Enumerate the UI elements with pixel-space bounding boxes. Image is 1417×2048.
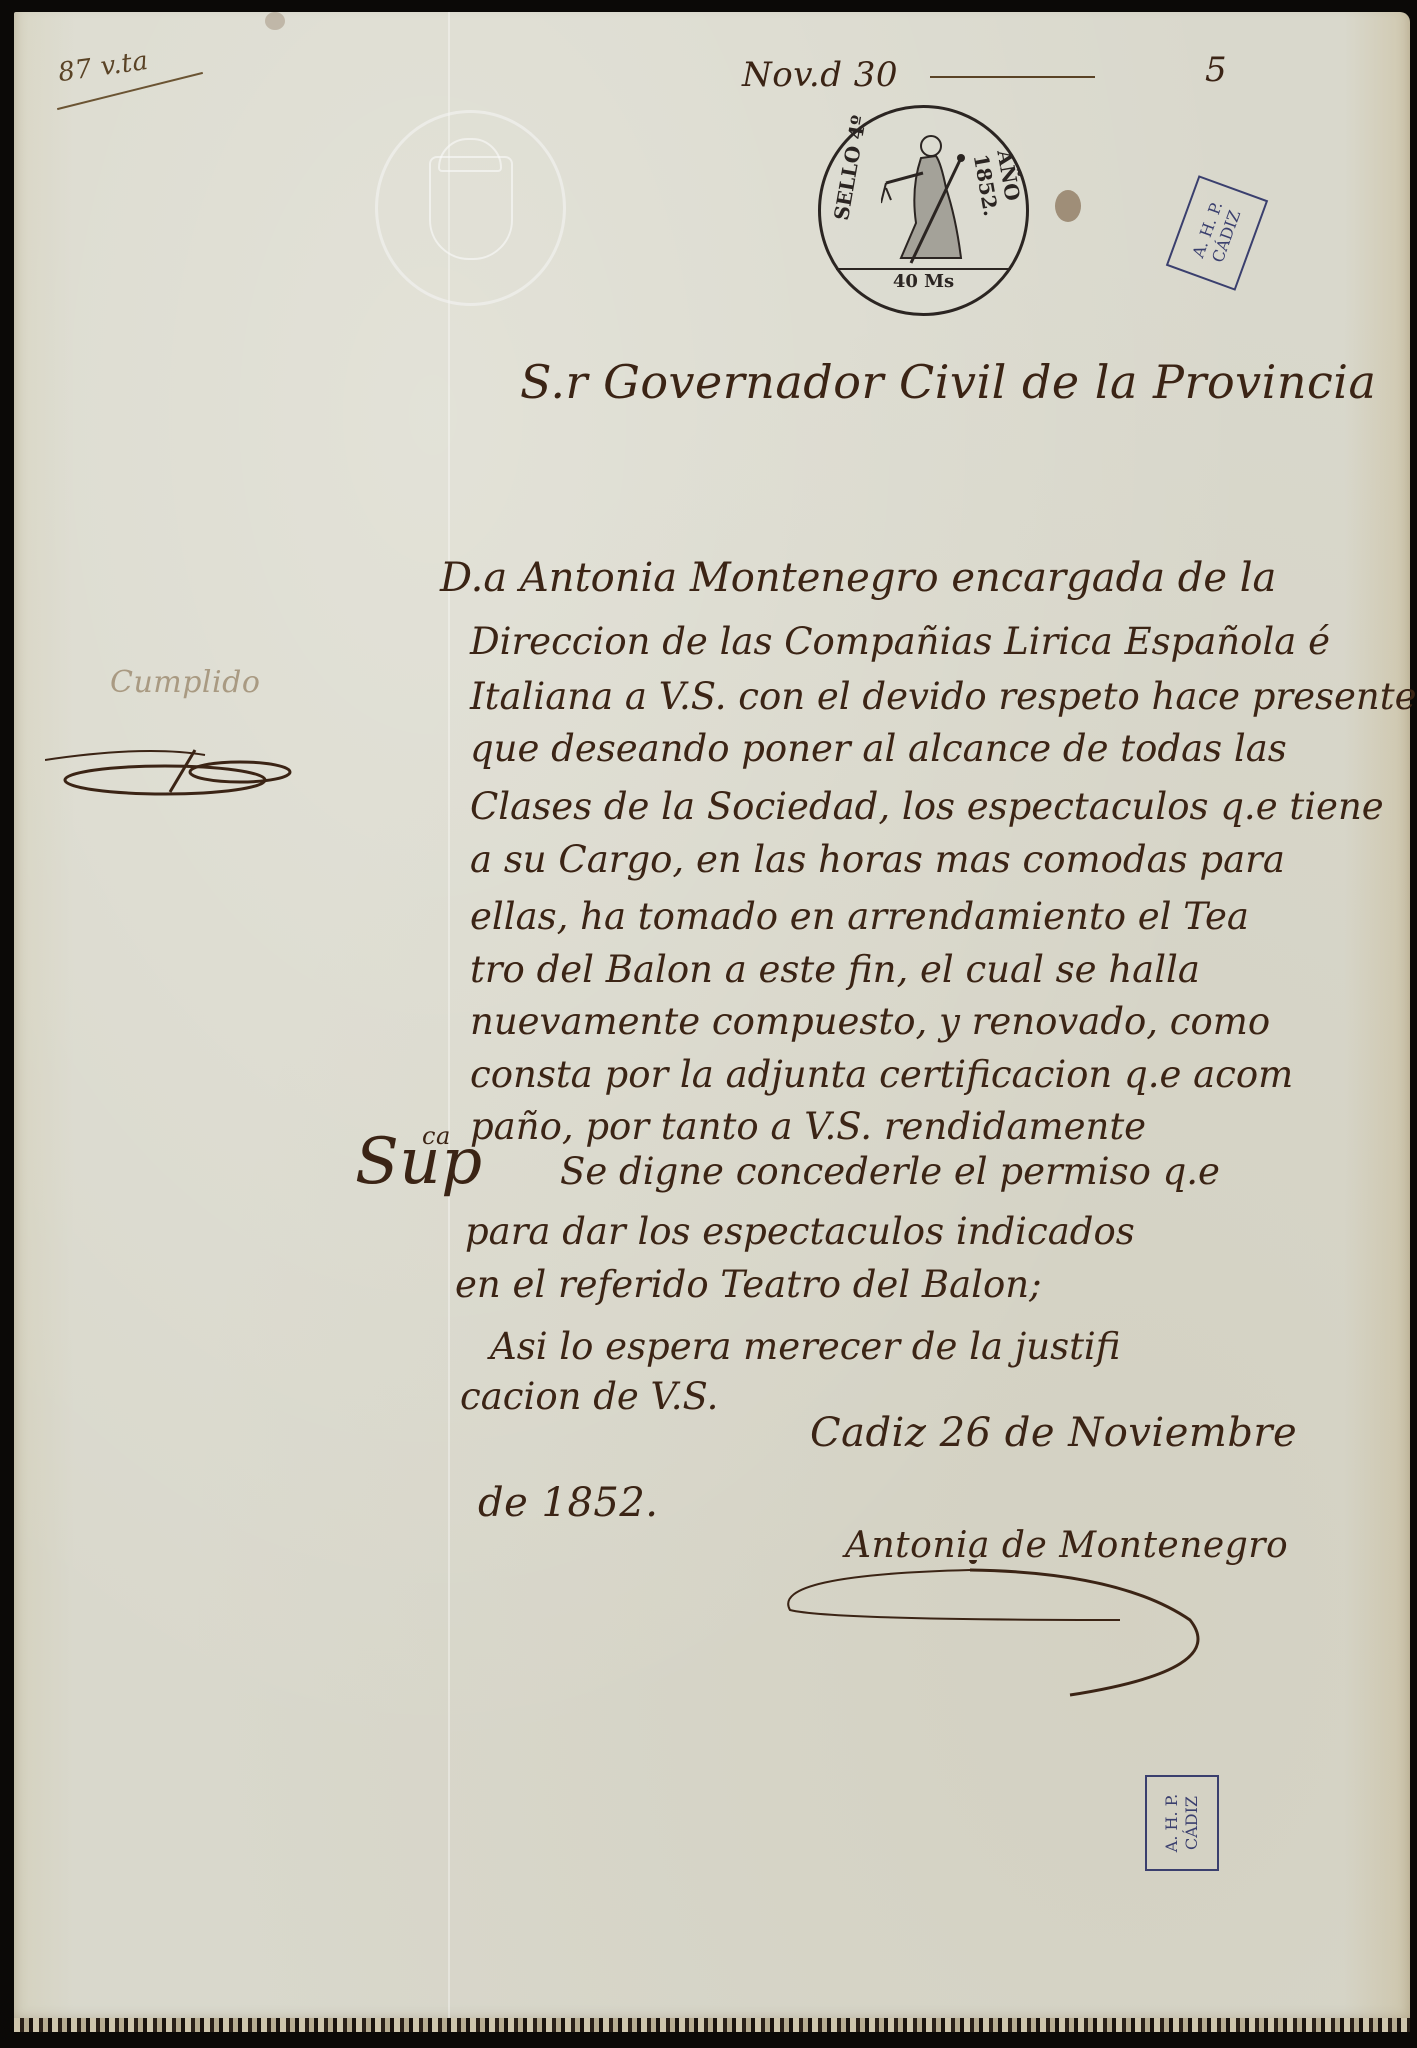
file-reference-number: 5: [1205, 50, 1227, 90]
body-line: Direccion de las Compañias Lirica Españo…: [470, 620, 1330, 663]
margin-note: Cumplido: [110, 665, 260, 700]
supplication-line: Se digne concederle el permiso q.e: [560, 1150, 1220, 1193]
tax-stamp-baseline: [836, 268, 1011, 270]
body-line: Italiana a V.S. con el devido respeto ha…: [470, 675, 1417, 718]
margin-rubric-icon: [45, 740, 295, 800]
signature-flourish-icon: [770, 1560, 1270, 1710]
body-line: nuevamente compuesto, y renovado, como: [470, 1000, 1270, 1043]
dateline-place-date: Cadiz 26 de Noviembre: [810, 1410, 1297, 1456]
tax-stamp-value: 40 Ms: [821, 271, 1026, 292]
body-line: paño, por tanto a V.S. rendidamente: [470, 1105, 1146, 1148]
body-line: tro del Balon a este fin, el cual se hal…: [470, 948, 1200, 991]
archive-stamp-bottom: A. H. P. CÁDIZ: [1145, 1775, 1219, 1871]
body-line: Clases de la Sociedad, los espectaculos …: [470, 785, 1384, 828]
addressee: S.r Governador Civil de la Provincia: [520, 355, 1376, 409]
file-reference: Nov.d 30: [742, 55, 898, 95]
tax-stamp-sello-4: SELLO 4º AÑO 1852. 40 Ms: [818, 105, 1029, 316]
supplication-heading: Sup: [355, 1125, 483, 1199]
body-line: consta por la adjunta certificacion q.e …: [470, 1053, 1293, 1096]
supplication-line: cacion de V.S.: [460, 1375, 718, 1418]
crown-icon: [438, 138, 502, 172]
body-line: a su Cargo, en las horas mas comodas par…: [470, 838, 1285, 881]
stain: [265, 12, 285, 30]
dateline-year: de 1852.: [478, 1480, 659, 1526]
body-line: D.a Antonia Montenegro encargada de la: [440, 555, 1276, 601]
archive-stamp-line1: A. H. P.: [1162, 1794, 1182, 1852]
seated-figure-icon: [881, 128, 971, 268]
supplication-line: Asi lo espera merecer de la justifi: [490, 1325, 1120, 1368]
supplication-line: para dar los espectaculos indicados: [465, 1210, 1135, 1253]
paper-fold-crease: [448, 12, 450, 2027]
embossed-seal: [375, 110, 566, 306]
archive-stamp-line2: CÁDIZ: [1182, 1794, 1202, 1852]
ink-stain: [1055, 190, 1081, 222]
supplication-superscript: ca: [422, 1122, 451, 1150]
body-line: que deseando poner al alcance de todas l…: [470, 727, 1287, 770]
file-reference-rule: [930, 76, 1095, 78]
body-line: ellas, ha tomado en arrendamiento el Tea: [470, 895, 1249, 938]
supplication-line: en el referido Teatro del Balon;: [455, 1263, 1042, 1306]
deckled-bottom-edge: [14, 2018, 1410, 2032]
